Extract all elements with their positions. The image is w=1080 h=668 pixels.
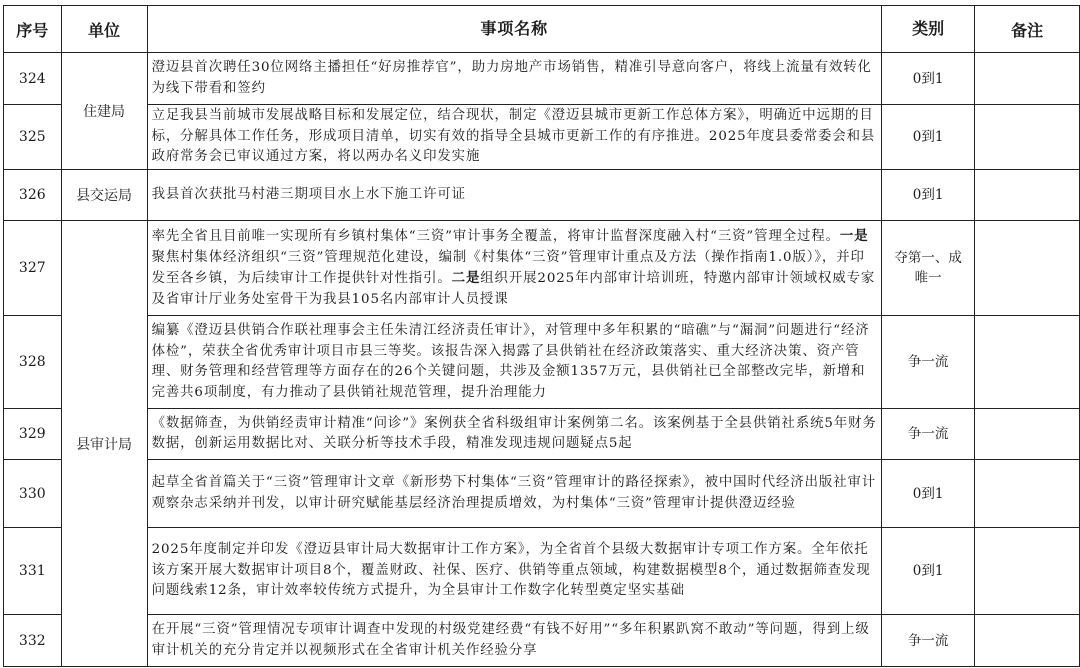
row-no: 326 xyxy=(4,170,62,221)
note-cell xyxy=(975,105,1080,170)
item-text: 我县首次获批马村港三期项目水上水下施工许可证 xyxy=(147,170,881,221)
header-no: 序号 xyxy=(4,6,62,53)
note-cell xyxy=(975,528,1080,615)
row-no: 325 xyxy=(4,105,62,170)
table-row: 332 在开展“三资”管理情况专项审计调查中发现的村级党建经费“有钱不好用”“多… xyxy=(4,615,1080,667)
unit-cell: 住建局 xyxy=(61,53,147,170)
category-cell: 争一流 xyxy=(881,615,974,667)
table-row: 330 起草全省首篇关于“三资”管理审计文章《新形势下村集体“三资”管理审计的路… xyxy=(4,460,1080,528)
note-cell xyxy=(975,170,1080,221)
row-no: 331 xyxy=(4,528,62,615)
table-row: 329 《数据筛查，为供销经责审计精准“问诊”》案例获全省科级组审计案例第二名。… xyxy=(4,409,1080,460)
category-cell: 0到1 xyxy=(881,105,974,170)
category-cell: 争一流 xyxy=(881,316,974,409)
unit-cell: 县审计局 xyxy=(61,221,147,667)
achievements-table: 序号 单位 事项名称 类别 备注 324 住建局 澄迈县首次聘任30位网络主播担… xyxy=(3,5,1080,667)
row-no: 332 xyxy=(4,615,62,667)
note-cell xyxy=(975,460,1080,528)
header-category: 类别 xyxy=(881,6,974,53)
category-cell: 0到1 xyxy=(881,460,974,528)
item-text: 2025年度制定并印发《澄迈县审计局大数据审计工作方案》，为全省首个县级大数据审… xyxy=(147,528,881,615)
table-row: 325 立足我县当前城市发展战略目标和发展定位，结合现状，制定《澄迈县城市更新工… xyxy=(4,105,1080,170)
row-no: 328 xyxy=(4,316,62,409)
item-text: 澄迈县首次聘任30位网络主播担任“好房推荐官”，助力房地产市场销售，精准引导意向… xyxy=(147,53,881,105)
table-row: 331 2025年度制定并印发《澄迈县审计局大数据审计工作方案》，为全省首个县级… xyxy=(4,528,1080,615)
header-note: 备注 xyxy=(975,6,1080,53)
category-cell: 夺第一、成唯一 xyxy=(881,221,974,316)
bold-marker: 一是 xyxy=(840,228,869,244)
note-cell xyxy=(975,409,1080,460)
category-cell: 0到1 xyxy=(881,53,974,105)
table-row: 328 编纂《澄迈县供销合作联社理事会主任朱清江经济责任审计》，对管理中多年积累… xyxy=(4,316,1080,409)
row-no: 330 xyxy=(4,460,62,528)
row-no: 324 xyxy=(4,53,62,105)
header-item: 事项名称 xyxy=(147,6,881,53)
bold-marker: 二是 xyxy=(452,270,481,286)
header-unit: 单位 xyxy=(61,6,147,53)
table-header-row: 序号 单位 事项名称 类别 备注 xyxy=(4,6,1080,53)
item-text: 立足我县当前城市发展战略目标和发展定位，结合现状，制定《澄迈县城市更新工作总体方… xyxy=(147,105,881,170)
category-cell: 0到1 xyxy=(881,170,974,221)
note-cell xyxy=(975,53,1080,105)
category-cell: 0到1 xyxy=(881,528,974,615)
note-cell xyxy=(975,316,1080,409)
item-text: 在开展“三资”管理情况专项审计调查中发现的村级党建经费“有钱不好用”“多年积累趴… xyxy=(147,615,881,667)
item-text: 率先全省且目前唯一实现所有乡镇村集体“三资”审计事务全覆盖，将审计监督深度融入村… xyxy=(147,221,881,316)
table-row: 326 县交运局 我县首次获批马村港三期项目水上水下施工许可证 0到1 xyxy=(4,170,1080,221)
unit-cell: 县交运局 xyxy=(61,170,147,221)
item-text: 起草全省首篇关于“三资”管理审计文章《新形势下村集体“三资”管理审计的路径探索》… xyxy=(147,460,881,528)
row-no: 329 xyxy=(4,409,62,460)
category-cell: 争一流 xyxy=(881,409,974,460)
table-row: 324 住建局 澄迈县首次聘任30位网络主播担任“好房推荐官”，助力房地产市场销… xyxy=(4,53,1080,105)
item-text: 编纂《澄迈县供销合作联社理事会主任朱清江经济责任审计》，对管理中多年积累的“暗礁… xyxy=(147,316,881,409)
note-cell xyxy=(975,221,1080,316)
row-no: 327 xyxy=(4,221,62,316)
note-cell xyxy=(975,615,1080,667)
table-row: 327 县审计局 率先全省且目前唯一实现所有乡镇村集体“三资”审计事务全覆盖，将… xyxy=(4,221,1080,316)
item-text: 《数据筛查，为供销经责审计精准“问诊”》案例获全省科级组审计案例第二名。该案例基… xyxy=(147,409,881,460)
